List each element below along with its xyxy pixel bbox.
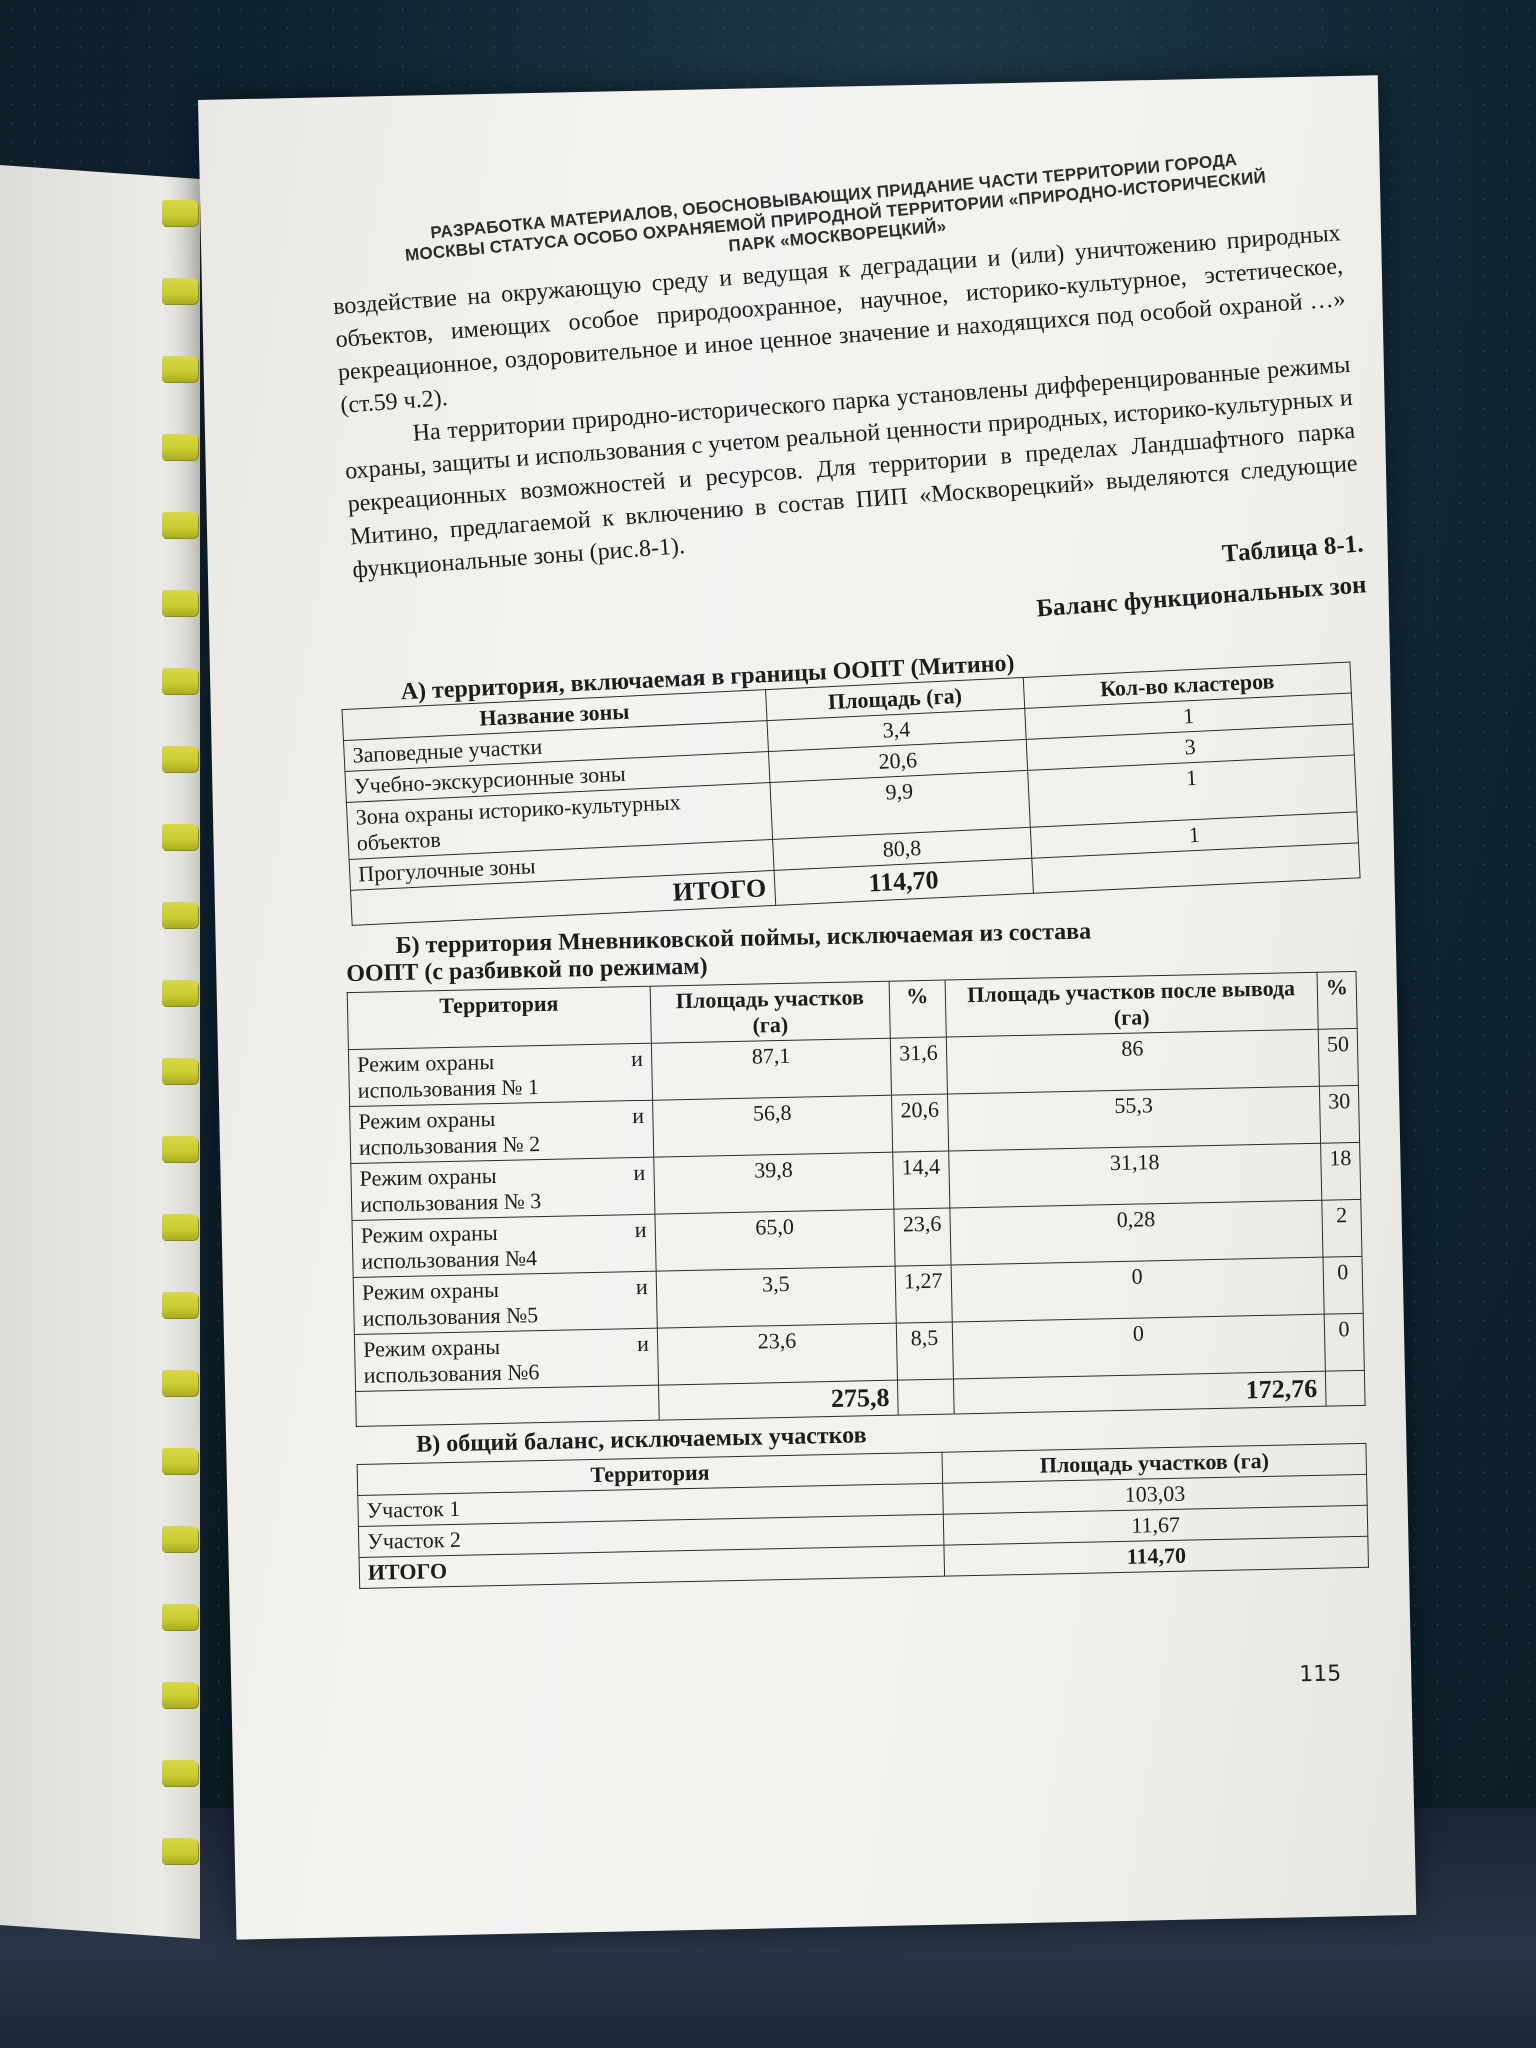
- regime-name: Режим охраныииспользования №4: [352, 1214, 656, 1277]
- binding-ring-icon: [162, 512, 198, 538]
- binding-ring-icon: [162, 434, 198, 460]
- regime-name: Режим охраныииспользования №5: [353, 1271, 657, 1334]
- binding-ring-icon: [162, 824, 198, 850]
- section-c: В) общий баланс, исключаемых участков Те…: [356, 1412, 1369, 1589]
- regime-area: 87,1: [651, 1038, 892, 1100]
- regime-area: 65,0: [655, 1209, 896, 1271]
- column-header: Площадь участков (га): [650, 981, 891, 1043]
- regime-area-after: 0: [951, 1257, 1324, 1322]
- column-header: Территория: [347, 986, 651, 1049]
- binding-ring-icon: [162, 980, 198, 1006]
- binding-ring-icon: [162, 1448, 198, 1474]
- regime-percent: 1,27: [895, 1265, 952, 1323]
- regime-label: Режим охраны: [359, 1163, 496, 1192]
- binding-ring-icon: [162, 278, 198, 304]
- body-text: воздействие на окружающую среду и ведуща…: [332, 217, 1367, 675]
- empty-cell: [356, 1385, 659, 1426]
- table-c: Территория Площадь участков (га) Участок…: [357, 1443, 1369, 1589]
- regime-percent: 8,5: [896, 1322, 953, 1380]
- section-b: Б) территория Мневниковской поймы, исклю…: [346, 913, 1366, 1427]
- empty-cell: [898, 1379, 954, 1415]
- column-header: %: [1317, 971, 1357, 1029]
- regime-conj: и: [634, 1217, 646, 1243]
- binding-ring-icon: [162, 1760, 198, 1786]
- regime-usage: использования № 2: [359, 1129, 645, 1161]
- binding-ring-icon: [162, 200, 198, 226]
- regime-area-after: 86: [946, 1029, 1319, 1094]
- regime-percent: 14,4: [893, 1151, 950, 1209]
- regime-percent-after: 2: [1322, 1199, 1362, 1257]
- regime-conj: и: [637, 1331, 649, 1357]
- binding-ring-icon: [162, 1526, 198, 1552]
- binding-ring-icon: [162, 356, 198, 382]
- binding-ring-icon: [162, 1370, 198, 1396]
- regime-usage: использования №4: [361, 1243, 647, 1275]
- total-area: 275,8: [658, 1380, 898, 1420]
- binding-ring-icon: [162, 746, 198, 772]
- regime-conj: и: [632, 1103, 644, 1129]
- binding-ring-icon: [162, 1292, 198, 1318]
- regime-conj: и: [633, 1160, 645, 1186]
- regime-percent: 20,6: [892, 1094, 949, 1152]
- section-a: А) территория, включаемая в границы ООПТ…: [340, 635, 1360, 926]
- binding-ring-icon: [162, 1058, 198, 1084]
- regime-label: Режим охраны: [361, 1220, 498, 1249]
- regime-label: Режим охраны: [362, 1277, 499, 1306]
- regime-conj: и: [631, 1046, 643, 1072]
- empty-cell: [1325, 1370, 1365, 1406]
- document-page: РАЗРАБОТКА МАТЕРИАЛОВ, ОБОСНОВЫВАЮЩИХ ПР…: [198, 75, 1416, 1939]
- binding-ring-icon: [162, 1214, 198, 1240]
- regime-usage: использования №5: [362, 1300, 648, 1332]
- regime-percent-after: 18: [1321, 1142, 1361, 1200]
- regime-area: 39,8: [653, 1152, 894, 1214]
- regime-name: Режим охраныииспользования № 2: [350, 1100, 654, 1163]
- binding-ring-icon: [162, 1136, 198, 1162]
- regime-area-after: 31,18: [948, 1143, 1321, 1208]
- regime-area: 3,5: [656, 1266, 897, 1328]
- regime-label: Режим охраны: [357, 1049, 494, 1078]
- binding-ring-icon: [162, 1682, 198, 1708]
- column-header: %: [889, 980, 946, 1038]
- regime-name: Режим охраныииспользования №6: [354, 1328, 658, 1391]
- regime-conj: и: [636, 1274, 648, 1300]
- regime-usage: использования №6: [363, 1357, 649, 1389]
- regime-percent: 31,6: [890, 1037, 947, 1095]
- regime-name: Режим охраныииспользования № 1: [348, 1043, 652, 1106]
- regime-percent-after: 0: [1323, 1256, 1363, 1314]
- binding-ring-icon: [162, 668, 198, 694]
- page-number: 115: [1299, 1661, 1342, 1687]
- regime-area-after: 0,28: [949, 1200, 1322, 1265]
- table-b: Территория Площадь участков (га) % Площа…: [347, 971, 1366, 1427]
- regime-label: Режим охраны: [363, 1334, 500, 1363]
- regime-usage: использования № 1: [358, 1072, 644, 1104]
- binding-ring-icon: [162, 902, 198, 928]
- total-after: 172,76: [953, 1371, 1326, 1414]
- binding-ring-icon: [162, 1838, 198, 1864]
- regime-area-after: 0: [952, 1314, 1325, 1379]
- regime-area: 56,8: [652, 1095, 893, 1157]
- regime-percent-after: 0: [1324, 1313, 1364, 1371]
- regime-label: Режим охраны: [358, 1106, 495, 1135]
- column-header: Площадь участков после вывода (га): [945, 972, 1318, 1037]
- spiral-binding: [158, 200, 198, 1920]
- regime-area-after: 55,3: [947, 1086, 1320, 1151]
- binding-ring-icon: [162, 1604, 198, 1630]
- regime-percent-after: 50: [1318, 1028, 1358, 1086]
- regime-percent: 23,6: [894, 1208, 951, 1266]
- regime-area: 23,6: [657, 1323, 898, 1385]
- regime-usage: использования № 3: [360, 1186, 646, 1218]
- regime-percent-after: 30: [1319, 1085, 1359, 1143]
- binding-ring-icon: [162, 590, 198, 616]
- page-content: РАЗРАБОТКА МАТЕРИАЛОВ, ОБОСНОВЫВАЮЩИХ ПР…: [329, 136, 1369, 1589]
- regime-name: Режим охраныииспользования № 3: [351, 1157, 655, 1220]
